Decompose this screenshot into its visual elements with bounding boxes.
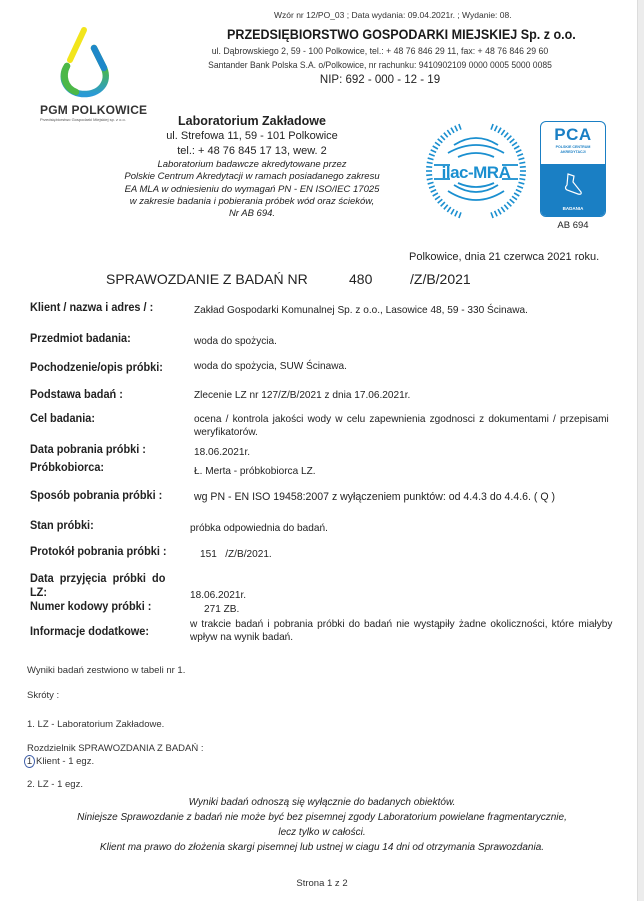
field-value-origin: woda do spożycia, SUW Ścinawa. <box>194 360 347 372</box>
field-label-purpose: Cel badania: <box>30 413 95 425</box>
flask-icon <box>562 172 584 196</box>
ilac-mra-badge-icon: ilac-MRA <box>424 119 528 223</box>
accreditation-line: Nr AB 694. <box>122 208 382 220</box>
place-date: Polkowice, dnia 21 czerwca 2021 roku. <box>409 251 599 263</box>
field-value-sample-state: próbka odpowiednia do badań. <box>190 522 328 534</box>
pca-number: AB 694 <box>545 220 601 231</box>
field-value-receipt-date: 18.06.2021r. <box>190 589 246 601</box>
field-label-subject: Przedmiot badania: <box>30 333 131 345</box>
company-bank: Santander Bank Polska S.A. o/Polkowice, … <box>164 60 596 71</box>
accreditation-line: w zakresie badania i pobierania próbek w… <box>122 196 382 208</box>
accreditation-line: Polskie Centrum Akredytacji w ramach pos… <box>122 171 382 183</box>
logo-subtitle: Przedsiębiorstwo Gospodarki Miejskiej sp… <box>40 117 126 122</box>
field-label-receipt-date-2: LZ: <box>30 587 47 599</box>
field-value-purpose: ocena / kontrola jakości wody w celu zap… <box>194 413 609 439</box>
field-label-origin: Pochodzenie/opis próbki: <box>30 362 163 374</box>
distribution-item-1: 1Klient - 1 egz. <box>24 755 94 768</box>
field-value-sampling-method: wg PN - EN ISO 19458:2007 z wyłączeniem … <box>194 491 555 503</box>
footer-line-2: Niniejsze Sprawozdanie z badań nie może … <box>0 812 644 823</box>
report-title: SPRAWOZDANIE Z BADAŃ NR <box>106 271 308 287</box>
accreditation-line: Laboratorium badawcze akredytowane przez <box>122 159 382 171</box>
field-label-receipt-date: Data przyjęcia próbki do <box>30 573 165 585</box>
field-label-client: Klient / nazwa i adres / : <box>30 302 153 314</box>
field-label-basis: Podstawa badań : <box>30 389 123 401</box>
distribution-item-1-text: Klient - 1 egz. <box>36 756 94 767</box>
page-edge-scrollbar <box>637 0 644 901</box>
footer-line-3: lecz tylko w całości. <box>0 827 644 838</box>
pca-subtitle-2: AKREDYTACJI <box>541 150 605 155</box>
circled-number: 1 <box>24 755 35 768</box>
lab-accreditation: Laboratorium badawcze akredytowane przez… <box>122 159 382 220</box>
abbreviations-title: Skróty : <box>27 690 59 701</box>
field-value-basis: Zlecenie LZ nr 127/Z/B/2021 z dnia 17.06… <box>194 389 410 401</box>
report-suffix: /Z/B/2021 <box>410 271 471 287</box>
field-value-client: Zakład Gospodarki Komunalnej Sp. z o.o.,… <box>194 304 528 316</box>
lab-name: Laboratorium Zakładowe <box>142 114 362 128</box>
field-value-protocol: 151 /Z/B/2021. <box>200 548 272 560</box>
lab-address: ul. Strefowa 11, 59 - 101 Polkowice <box>142 130 362 142</box>
field-value-subject: woda do spożycia. <box>194 335 277 347</box>
form-reference: Wzór nr 12/PO_03 ; Data wydania: 09.04.2… <box>274 10 512 20</box>
field-label-sampler: Próbkobiorca: <box>30 462 104 474</box>
field-label-sampling-method: Sposób pobrania próbki : <box>30 490 162 502</box>
results-note: Wyniki badań zestwiono w tabeli nr 1. <box>27 665 185 676</box>
abbreviation-item: 1. LZ - Laboratorium Zakładowe. <box>27 719 164 730</box>
pca-label: BADANIA <box>541 206 605 211</box>
company-name: PRZEDSIĘBIORSTWO GOSPODARKI MIEJSKIEJ Sp… <box>32 27 631 42</box>
footer-line-1: Wyniki badań odnoszą się wyłącznie do ba… <box>0 797 644 808</box>
footer-line-4: Klient ma prawo do złożenia skargi pisem… <box>0 842 644 853</box>
distribution-item-2: 2. LZ - 1 egz. <box>27 779 83 790</box>
report-number: 480 <box>349 271 372 287</box>
lab-phone: tel.: + 48 76 845 17 13, wew. 2 <box>142 145 362 157</box>
field-value-additional-info: w trakcie badań i pobrania próbki do bad… <box>190 618 612 644</box>
field-label-sampling-date: Data pobrania próbki : <box>30 444 146 456</box>
company-nip: NIP: 692 - 000 - 12 - 19 <box>220 74 540 86</box>
field-value-sampling-date: 18.06.2021r. <box>194 446 250 458</box>
svg-text:ilac-MRA: ilac-MRA <box>442 163 511 182</box>
field-value-sampler: Ł. Merta - próbkobiorca LZ. <box>194 465 316 477</box>
distribution-title: Rozdzielnik SPRAWOZDANIA Z BADAŃ : <box>27 743 204 754</box>
field-value-sample-code: 271 ZB. <box>204 603 239 615</box>
accreditation-line: EA MLA w odniesieniu do wymagań PN - EN … <box>122 184 382 196</box>
company-address: ul. Dąbrowskiego 2, 59 - 100 Polkowice, … <box>178 46 583 57</box>
logo-name: PGM POLKOWICE <box>40 103 147 117</box>
field-label-sample-state: Stan próbki: <box>30 520 94 532</box>
field-label-additional-info: Informacje dodatkowe: <box>30 626 149 638</box>
page-number: Strona 1 z 2 <box>0 878 644 889</box>
pca-badge: PCA POLSKIE CENTRUM AKREDYTACJI BADANIA <box>540 121 606 217</box>
field-label-sample-code: Numer kodowy próbki : <box>30 601 151 613</box>
field-label-protocol: Protokół pobrania próbki : <box>30 546 167 558</box>
pca-logo: PCA <box>541 122 605 145</box>
water-drop-logo-icon <box>56 26 116 98</box>
